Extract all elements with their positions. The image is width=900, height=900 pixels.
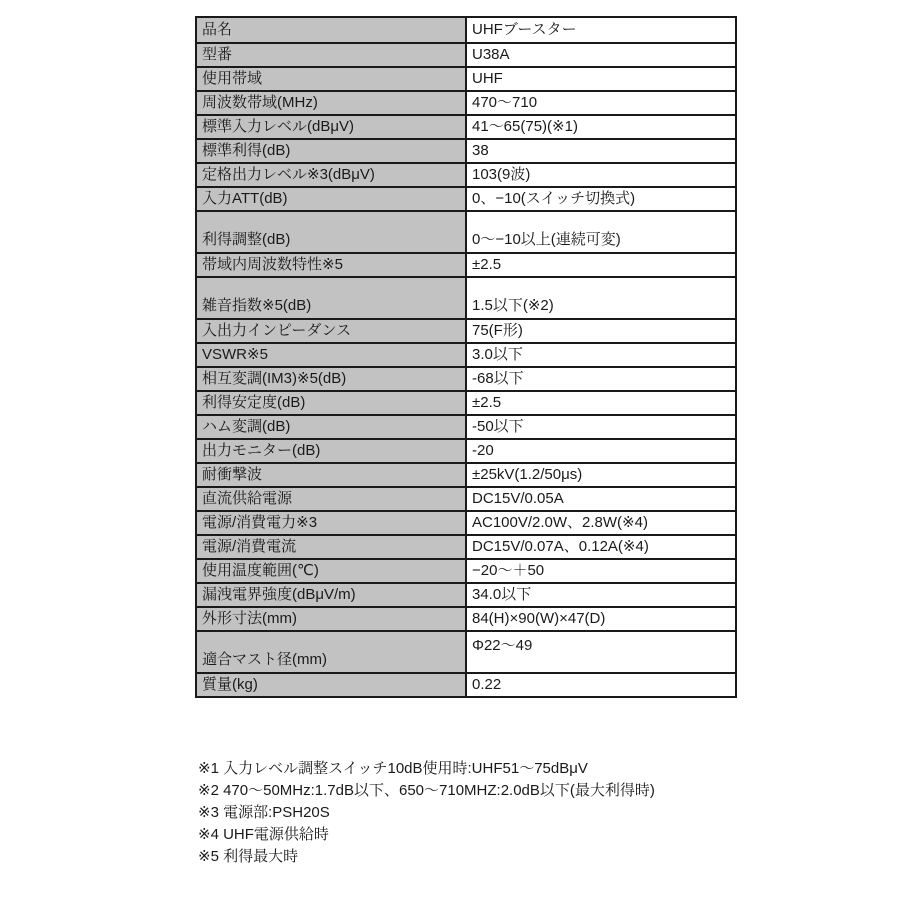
table-row: VSWR※53.0以下 [197,342,735,366]
footnote-line: ※5 利得最大時 [198,846,655,868]
spec-value: UHFブースター [467,18,735,42]
table-row: 周波数帯域(MHz)470〜710 [197,90,735,114]
footnote-line: ※4 UHF電源供給時 [198,824,655,846]
spec-value: AC100V/2.0W、2.8W(※4) [467,512,735,534]
spec-value: Φ22〜49 [467,632,735,672]
spec-value: -20 [467,440,735,462]
table-row: 漏洩電界強度(dBμV/m)34.0以下 [197,582,735,606]
spec-label: 標準入力レベル(dBμV) [197,116,467,138]
table-row: 質量(kg)0.22 [197,672,735,696]
table-row: 耐衝撃波±25kV(1.2/50μs) [197,462,735,486]
spec-label: 外形寸法(mm) [197,608,467,630]
table-row: 標準利得(dB)38 [197,138,735,162]
spec-value: 0〜−10以上(連続可変) [467,212,735,252]
table-row: 電源/消費電流DC15V/0.07A、0.12A(※4) [197,534,735,558]
spec-label: ハム変調(dB) [197,416,467,438]
table-row: 帯域内周波数特性※5±2.5 [197,252,735,276]
table-row: 入力ATT(dB)0、−10(スイッチ切換式) [197,186,735,210]
spec-label: 定格出力レベル※3(dBμV) [197,164,467,186]
spec-value: 0、−10(スイッチ切換式) [467,188,735,210]
spec-label: 電源/消費電流 [197,536,467,558]
spec-label: 使用帯域 [197,68,467,90]
table-row: 型番U38A [197,42,735,66]
table-row: 雑音指数※5(dB)1.5以下(※2) [197,276,735,318]
spec-value: DC15V/0.07A、0.12A(※4) [467,536,735,558]
spec-label: 電源/消費電力※3 [197,512,467,534]
spec-value: 103(9波) [467,164,735,186]
spec-label: 帯域内周波数特性※5 [197,254,467,276]
spec-value: 0.22 [467,674,735,696]
spec-label: 型番 [197,44,467,66]
spec-label: 適合マスト径(mm) [197,632,467,672]
spec-value: 75(F形) [467,320,735,342]
table-row: 使用温度範囲(℃)−20〜＋50 [197,558,735,582]
table-row: 相互変調(IM3)※5(dB)-68以下 [197,366,735,390]
spec-label: 周波数帯域(MHz) [197,92,467,114]
page: 品名UHFブースター型番U38A使用帯域UHF周波数帯域(MHz)470〜710… [0,0,900,900]
spec-label: 標準利得(dB) [197,140,467,162]
spec-value: -50以下 [467,416,735,438]
table-row: 入出力インピーダンス75(F形) [197,318,735,342]
spec-label: 利得調整(dB) [197,212,467,252]
spec-label: 入力ATT(dB) [197,188,467,210]
spec-label: 直流供給電源 [197,488,467,510]
table-row: 直流供給電源DC15V/0.05A [197,486,735,510]
spec-value: DC15V/0.05A [467,488,735,510]
spec-value: ±25kV(1.2/50μs) [467,464,735,486]
spec-value: 1.5以下(※2) [467,278,735,318]
footnotes: ※1 入力レベル調整スイッチ10dB使用時:UHF51〜75dBμV※2 470… [198,758,655,868]
table-row: 品名UHFブースター [197,18,735,42]
spec-value: ±2.5 [467,254,735,276]
spec-value: -68以下 [467,368,735,390]
spec-value: 3.0以下 [467,344,735,366]
table-row: ハム変調(dB)-50以下 [197,414,735,438]
table-row: 電源/消費電力※3AC100V/2.0W、2.8W(※4) [197,510,735,534]
spec-label: 利得安定度(dB) [197,392,467,414]
spec-label: 品名 [197,18,467,42]
table-row: 標準入力レベル(dBμV)41〜65(75)(※1) [197,114,735,138]
table-row: 利得安定度(dB)±2.5 [197,390,735,414]
footnote-line: ※3 電源部:PSH20S [198,802,655,824]
spec-label: 雑音指数※5(dB) [197,278,467,318]
table-row: 外形寸法(mm)84(H)×90(W)×47(D) [197,606,735,630]
spec-label: 漏洩電界強度(dBμV/m) [197,584,467,606]
spec-value: 34.0以下 [467,584,735,606]
spec-label: VSWR※5 [197,344,467,366]
spec-value: ±2.5 [467,392,735,414]
spec-value: 38 [467,140,735,162]
spec-label: 耐衝撃波 [197,464,467,486]
spec-value: 84(H)×90(W)×47(D) [467,608,735,630]
spec-value: −20〜＋50 [467,560,735,582]
spec-value: 470〜710 [467,92,735,114]
table-row: 定格出力レベル※3(dBμV)103(9波) [197,162,735,186]
spec-value: U38A [467,44,735,66]
spec-value: 41〜65(75)(※1) [467,116,735,138]
spec-label: 使用温度範囲(℃) [197,560,467,582]
footnote-line: ※1 入力レベル調整スイッチ10dB使用時:UHF51〜75dBμV [198,758,655,780]
table-row: 適合マスト径(mm)Φ22〜49 [197,630,735,672]
footnote-line: ※2 470〜50MHz:1.7dB以下、650〜710MHZ:2.0dB以下(… [198,780,655,802]
spec-label: 出力モニター(dB) [197,440,467,462]
spec-value: UHF [467,68,735,90]
spec-label: 入出力インピーダンス [197,320,467,342]
spec-label: 質量(kg) [197,674,467,696]
table-row: 出力モニター(dB)-20 [197,438,735,462]
table-row: 利得調整(dB)0〜−10以上(連続可変) [197,210,735,252]
table-row: 使用帯域UHF [197,66,735,90]
spec-label: 相互変調(IM3)※5(dB) [197,368,467,390]
spec-table: 品名UHFブースター型番U38A使用帯域UHF周波数帯域(MHz)470〜710… [195,16,737,698]
